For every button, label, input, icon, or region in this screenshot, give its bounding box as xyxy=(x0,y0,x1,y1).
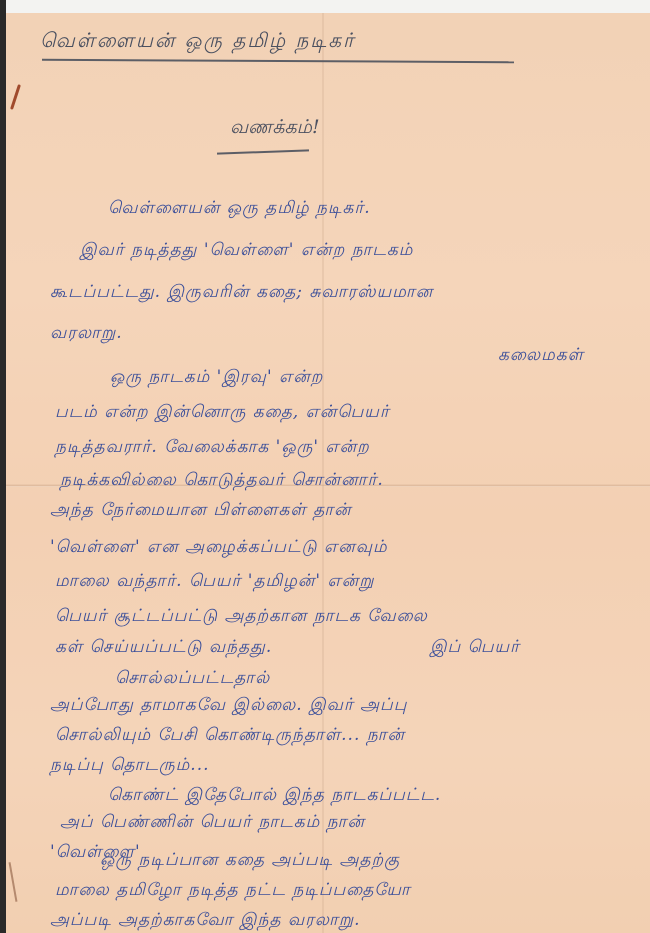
letter-heading: வெள்ளையன் ஒரு தமிழ் நடிகர் xyxy=(40,28,355,55)
handwritten-line: மாலை தமிழோ நடித்த நட்ட நடிப்பதையோ xyxy=(55,880,411,902)
handwritten-line: இவர் நடித்தது 'வெள்ளை' என்ற நாடகம் xyxy=(80,240,413,262)
handwritten-line: படம் என்ற இன்னொரு கதை, என்பெயர் xyxy=(55,402,390,424)
handwritten-line: அந்த நேர்மையான பிள்ளைகள் தான் xyxy=(50,500,352,522)
handwritten-line: கள் செய்யப்பட்டு வந்தது. xyxy=(55,637,272,659)
handwritten-line: பெயர் சூட்டப்பட்டு அதற்கான நாடக வேலை xyxy=(55,606,428,628)
handwritten-line: 'வெள்ளை' என அழைக்கப்பட்டு எனவும் xyxy=(50,537,388,559)
handwritten-line: மாலை வந்தார். பெயர் 'தமிழன்' என்று xyxy=(55,571,374,593)
handwritten-line: சொல்லியும் பேசி கொண்டிருந்தாள்... நான் xyxy=(55,725,405,747)
handwritten-line: கொண்ட் இதேபோல் இந்த நாடகப்பட்ட. xyxy=(108,785,441,807)
handwritten-line: அப் பெண்ணின் பெயர் நாடகம் நான் xyxy=(60,812,365,834)
handwritten-line: கூடப்பட்டது. இருவரின் கதை; சுவாரஸ்யமான xyxy=(50,282,433,304)
handwritten-line: நடிக்கவில்லை கொடுத்தவர் சொன்னார். xyxy=(60,470,384,492)
handwritten-line: இப் பெயர் xyxy=(430,637,520,659)
handwritten-line: நடித்தவரார். வேலைக்காக 'ஒரு' என்ற xyxy=(55,437,370,459)
handwritten-line: அப்போது தாமாகவே இல்லை. இவர் அப்பு xyxy=(50,695,407,717)
handwritten-line: அப்படி அதற்காகவோ இந்த வரலாறு. xyxy=(50,910,361,932)
handwritten-line: சொல்லப்பட்டதால் xyxy=(115,668,270,690)
handwritten-line: ஒரு நடிப்பான கதை அப்படி அதற்கு xyxy=(100,850,400,872)
handwritten-line: வரலாறு. xyxy=(50,323,123,345)
letter-greeting: வணக்கம்! xyxy=(230,116,320,141)
scan-border-top xyxy=(6,0,650,13)
handwritten-line: வெள்ளையன் ஒரு தமிழ் நடிகர். xyxy=(108,198,371,220)
handwritten-line: நடிப்பு தொடரும்... xyxy=(50,755,210,777)
handwritten-line: கலைமகள் xyxy=(498,345,584,367)
handwritten-line: ஒரு நாடகம் 'இரவு' என்ற xyxy=(110,367,323,389)
